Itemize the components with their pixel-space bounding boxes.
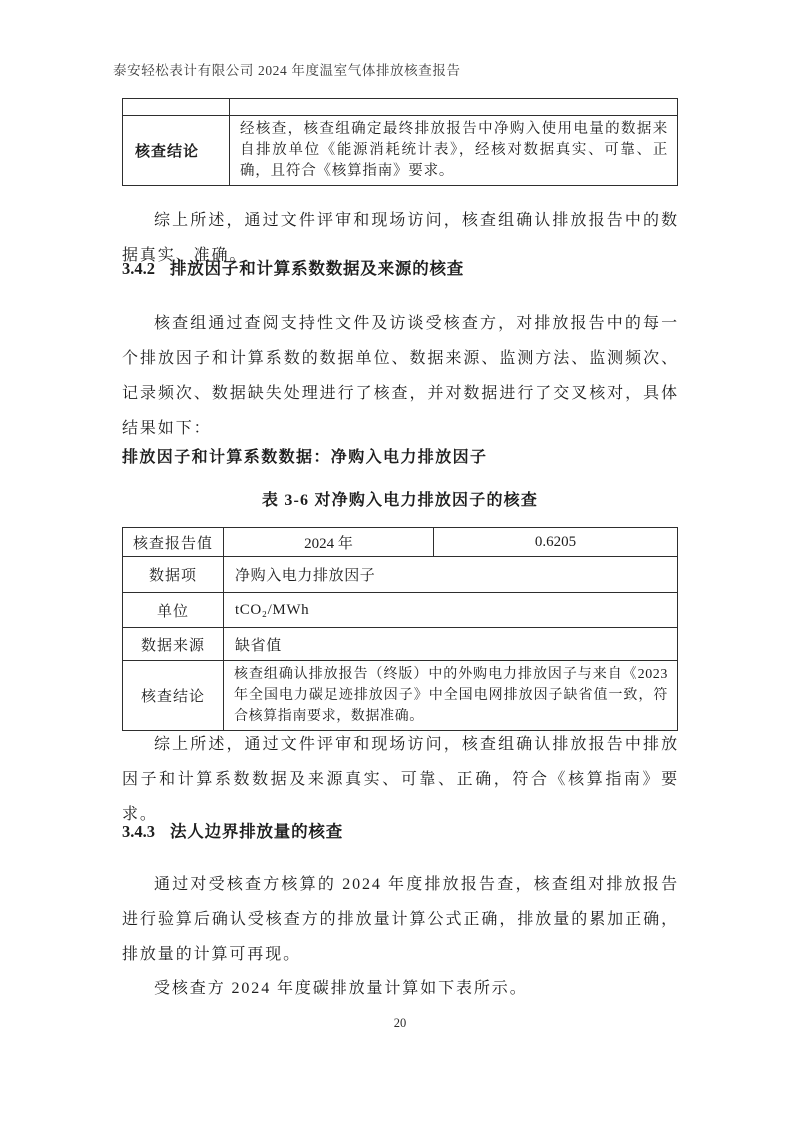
report-page: 泰安轻松表计有限公司 2024 年度温室气体排放核查报告 核查结论 经核查，核查… — [0, 0, 800, 1132]
section-title: 法人边界排放量的核查 — [170, 822, 343, 841]
carryover-conclusion-table: 核查结论 经核查，核查组确定最终排放报告中净购入使用电量的数据来自排放单位《能源… — [122, 98, 678, 186]
table-3-6: 核查报告值 2024 年 0.6205 数据项 净购入电力排放因子 单位 tCO… — [122, 527, 678, 731]
report-value-year-cell: 2024 年 — [224, 528, 434, 557]
factor-data-lead: 排放因子和计算系数数据：净购入电力排放因子 — [122, 444, 679, 467]
table-3-6-caption: 表 3-6 对净购入电力排放因子的核查 — [122, 487, 678, 510]
table-row: 数据项 净购入电力排放因子 — [123, 557, 678, 593]
table-row: 核查结论 核查组确认排放报告（终版）中的外购电力排放因子与来自《2023 年全国… — [123, 661, 678, 731]
section-342-heading: 3.4.2排放因子和计算系数数据及来源的核查 — [122, 255, 464, 279]
conclusion-text-cell: 经核查，核查组确定最终排放报告中净购入使用电量的数据来自排放单位《能源消耗统计表… — [230, 116, 678, 186]
table-row: 数据来源 缺省值 — [123, 628, 678, 661]
data-source-value-cell: 缺省值 — [224, 628, 678, 661]
section-number: 3.4.3 — [122, 822, 155, 841]
report-value-label-cell: 核查报告值 — [123, 528, 224, 557]
section-title: 排放因子和计算系数数据及来源的核查 — [170, 259, 464, 278]
conclusion-label-cell: 核查结论 — [123, 661, 224, 731]
paragraph-factor-intro: 核查组通过查阅支持性文件及访谈受核查方，对排放报告中的每一个排放因子和计算系数的… — [122, 306, 679, 446]
table-row — [123, 99, 678, 116]
data-item-value-cell: 净购入电力排放因子 — [224, 557, 678, 593]
table-row: 核查报告值 2024 年 0.6205 — [123, 528, 678, 557]
conclusion-text-cell: 核查组确认排放报告（终版）中的外购电力排放因子与来自《2023 年全国电力碳足迹… — [224, 661, 678, 731]
data-source-label-cell: 数据来源 — [123, 628, 224, 661]
page-number: 20 — [0, 1016, 800, 1031]
table-row: 单位 tCO₂/MWh — [123, 593, 678, 628]
empty-cell — [123, 99, 230, 116]
table-row: 核查结论 经核查，核查组确定最终排放报告中净购入使用电量的数据来自排放单位《能源… — [123, 116, 678, 186]
paragraph-boundary-note: 受核查方 2024 年度碳排放量计算如下表所示。 — [122, 971, 679, 1006]
data-item-label-cell: 数据项 — [123, 557, 224, 593]
running-header: 泰安轻松表计有限公司 2024 年度温室气体排放核查报告 — [113, 59, 461, 79]
paragraph-summary-factor: 综上所述，通过文件评审和现场访问，核查组确认排放报告中排放因子和计算系数数据及来… — [122, 727, 679, 832]
unit-label-cell: 单位 — [123, 593, 224, 628]
empty-cell — [230, 99, 678, 116]
section-343-heading: 3.4.3法人边界排放量的核查 — [122, 818, 343, 842]
report-value-cell: 0.6205 — [434, 528, 678, 557]
unit-value-cell: tCO₂/MWh — [224, 593, 678, 628]
conclusion-label-cell: 核查结论 — [123, 116, 230, 186]
paragraph-boundary-body: 通过对受核查方核算的 2024 年度排放报告查，核查组对排放报告进行验算后确认受… — [122, 867, 679, 972]
section-number: 3.4.2 — [122, 259, 155, 278]
